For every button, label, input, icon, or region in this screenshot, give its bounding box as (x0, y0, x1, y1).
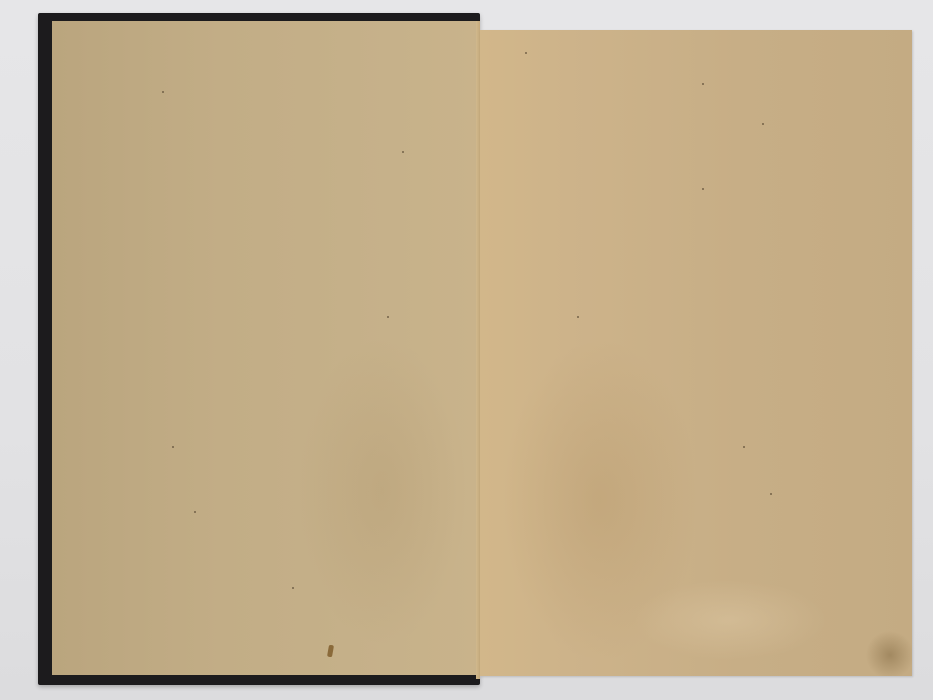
paper-speck (702, 188, 704, 190)
paper-speck (762, 123, 764, 125)
photo-scene (0, 0, 933, 700)
paper-speck (525, 52, 527, 54)
right-page (480, 30, 912, 676)
paper-speck (702, 83, 704, 85)
paper-speck (387, 316, 389, 318)
paper-speck (402, 151, 404, 153)
paper-speck (770, 493, 772, 495)
paper-speck (162, 91, 164, 93)
paper-speck (743, 446, 745, 448)
paper-speck (577, 316, 579, 318)
paper-speck (292, 587, 294, 589)
paper-speck (194, 511, 196, 513)
left-page (52, 21, 476, 675)
paper-speck (172, 446, 174, 448)
